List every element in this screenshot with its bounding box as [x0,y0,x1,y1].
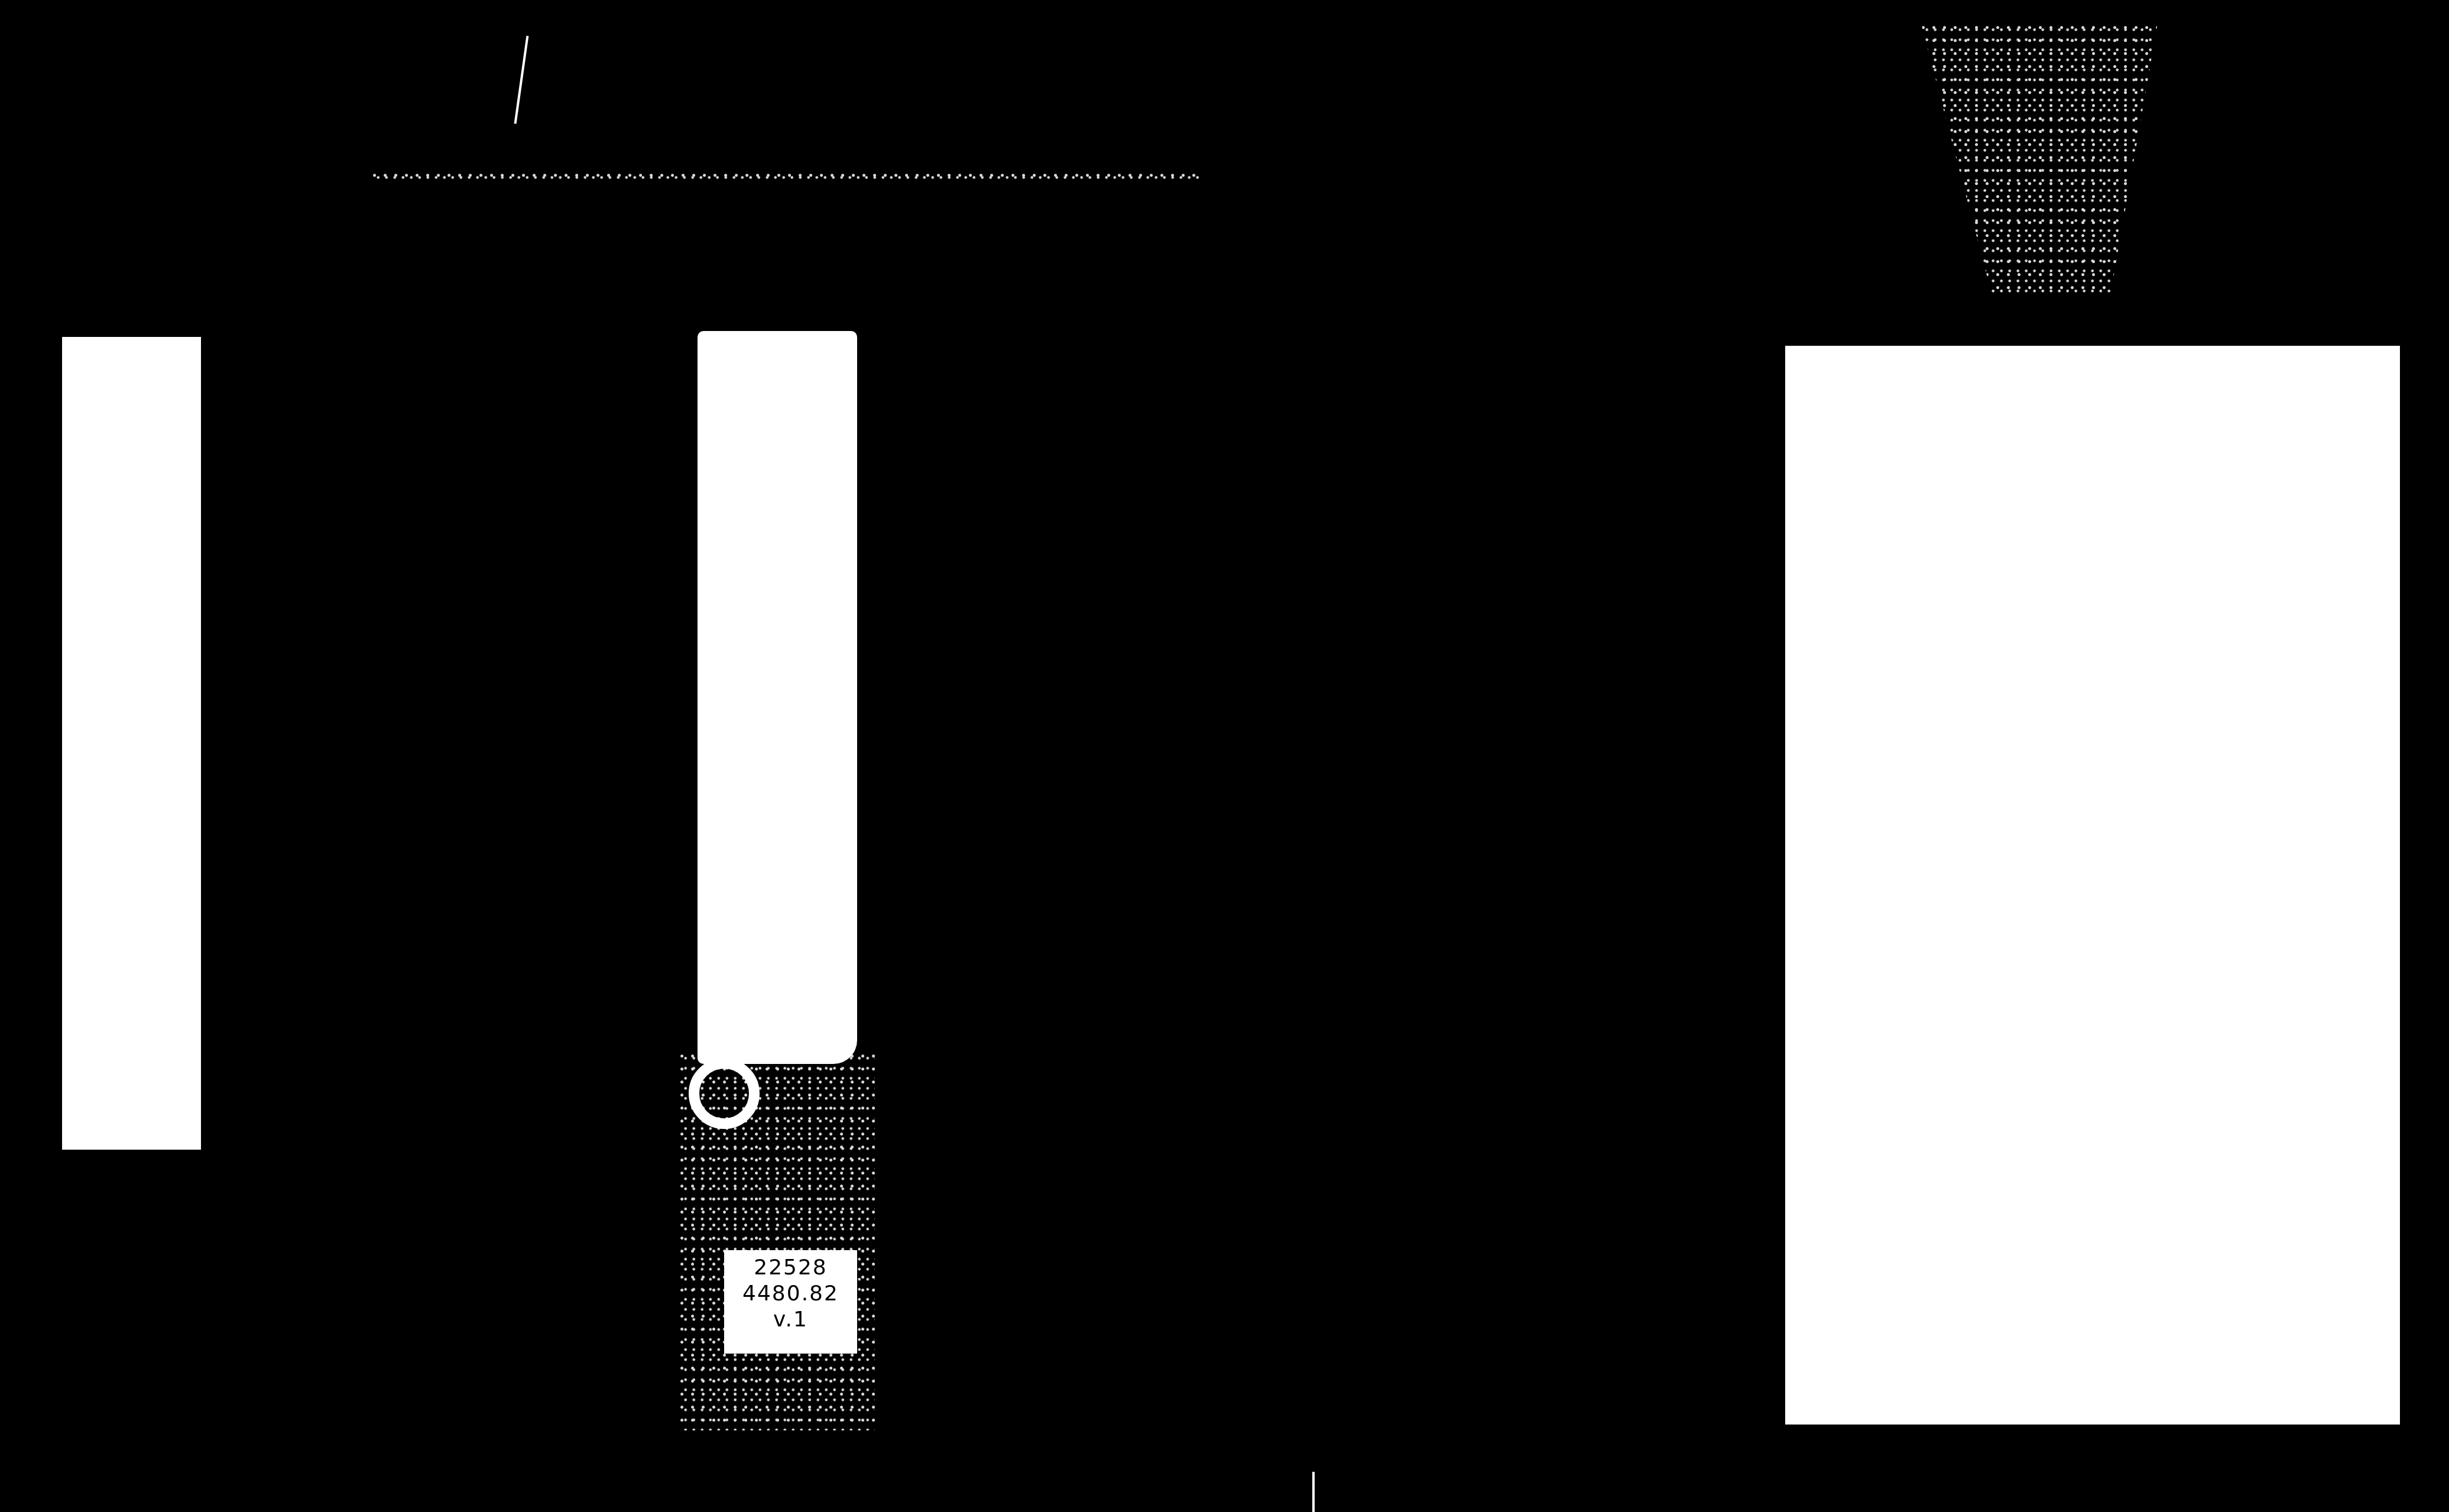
background-shading [1921,24,2158,296]
right-page-panel [1785,346,2400,1425]
middle-spine-strip [698,331,857,1064]
scan-artifact [514,35,529,124]
scan-artifact [1312,1472,1315,1512]
shelf-label-line-2: 4480.82 [724,1281,857,1307]
spine-texture [680,1052,875,1430]
shelf-label-line-1: 22528 [724,1255,857,1281]
shelf-label: 22528 4480.82 v.1 [724,1250,857,1354]
left-spine-strip [62,337,201,1150]
shelf-label-line-3: v.1 [724,1307,857,1333]
cover-top-edge [372,171,1200,182]
scanned-book-cover: 22528 4480.82 v.1 [0,0,2449,1512]
